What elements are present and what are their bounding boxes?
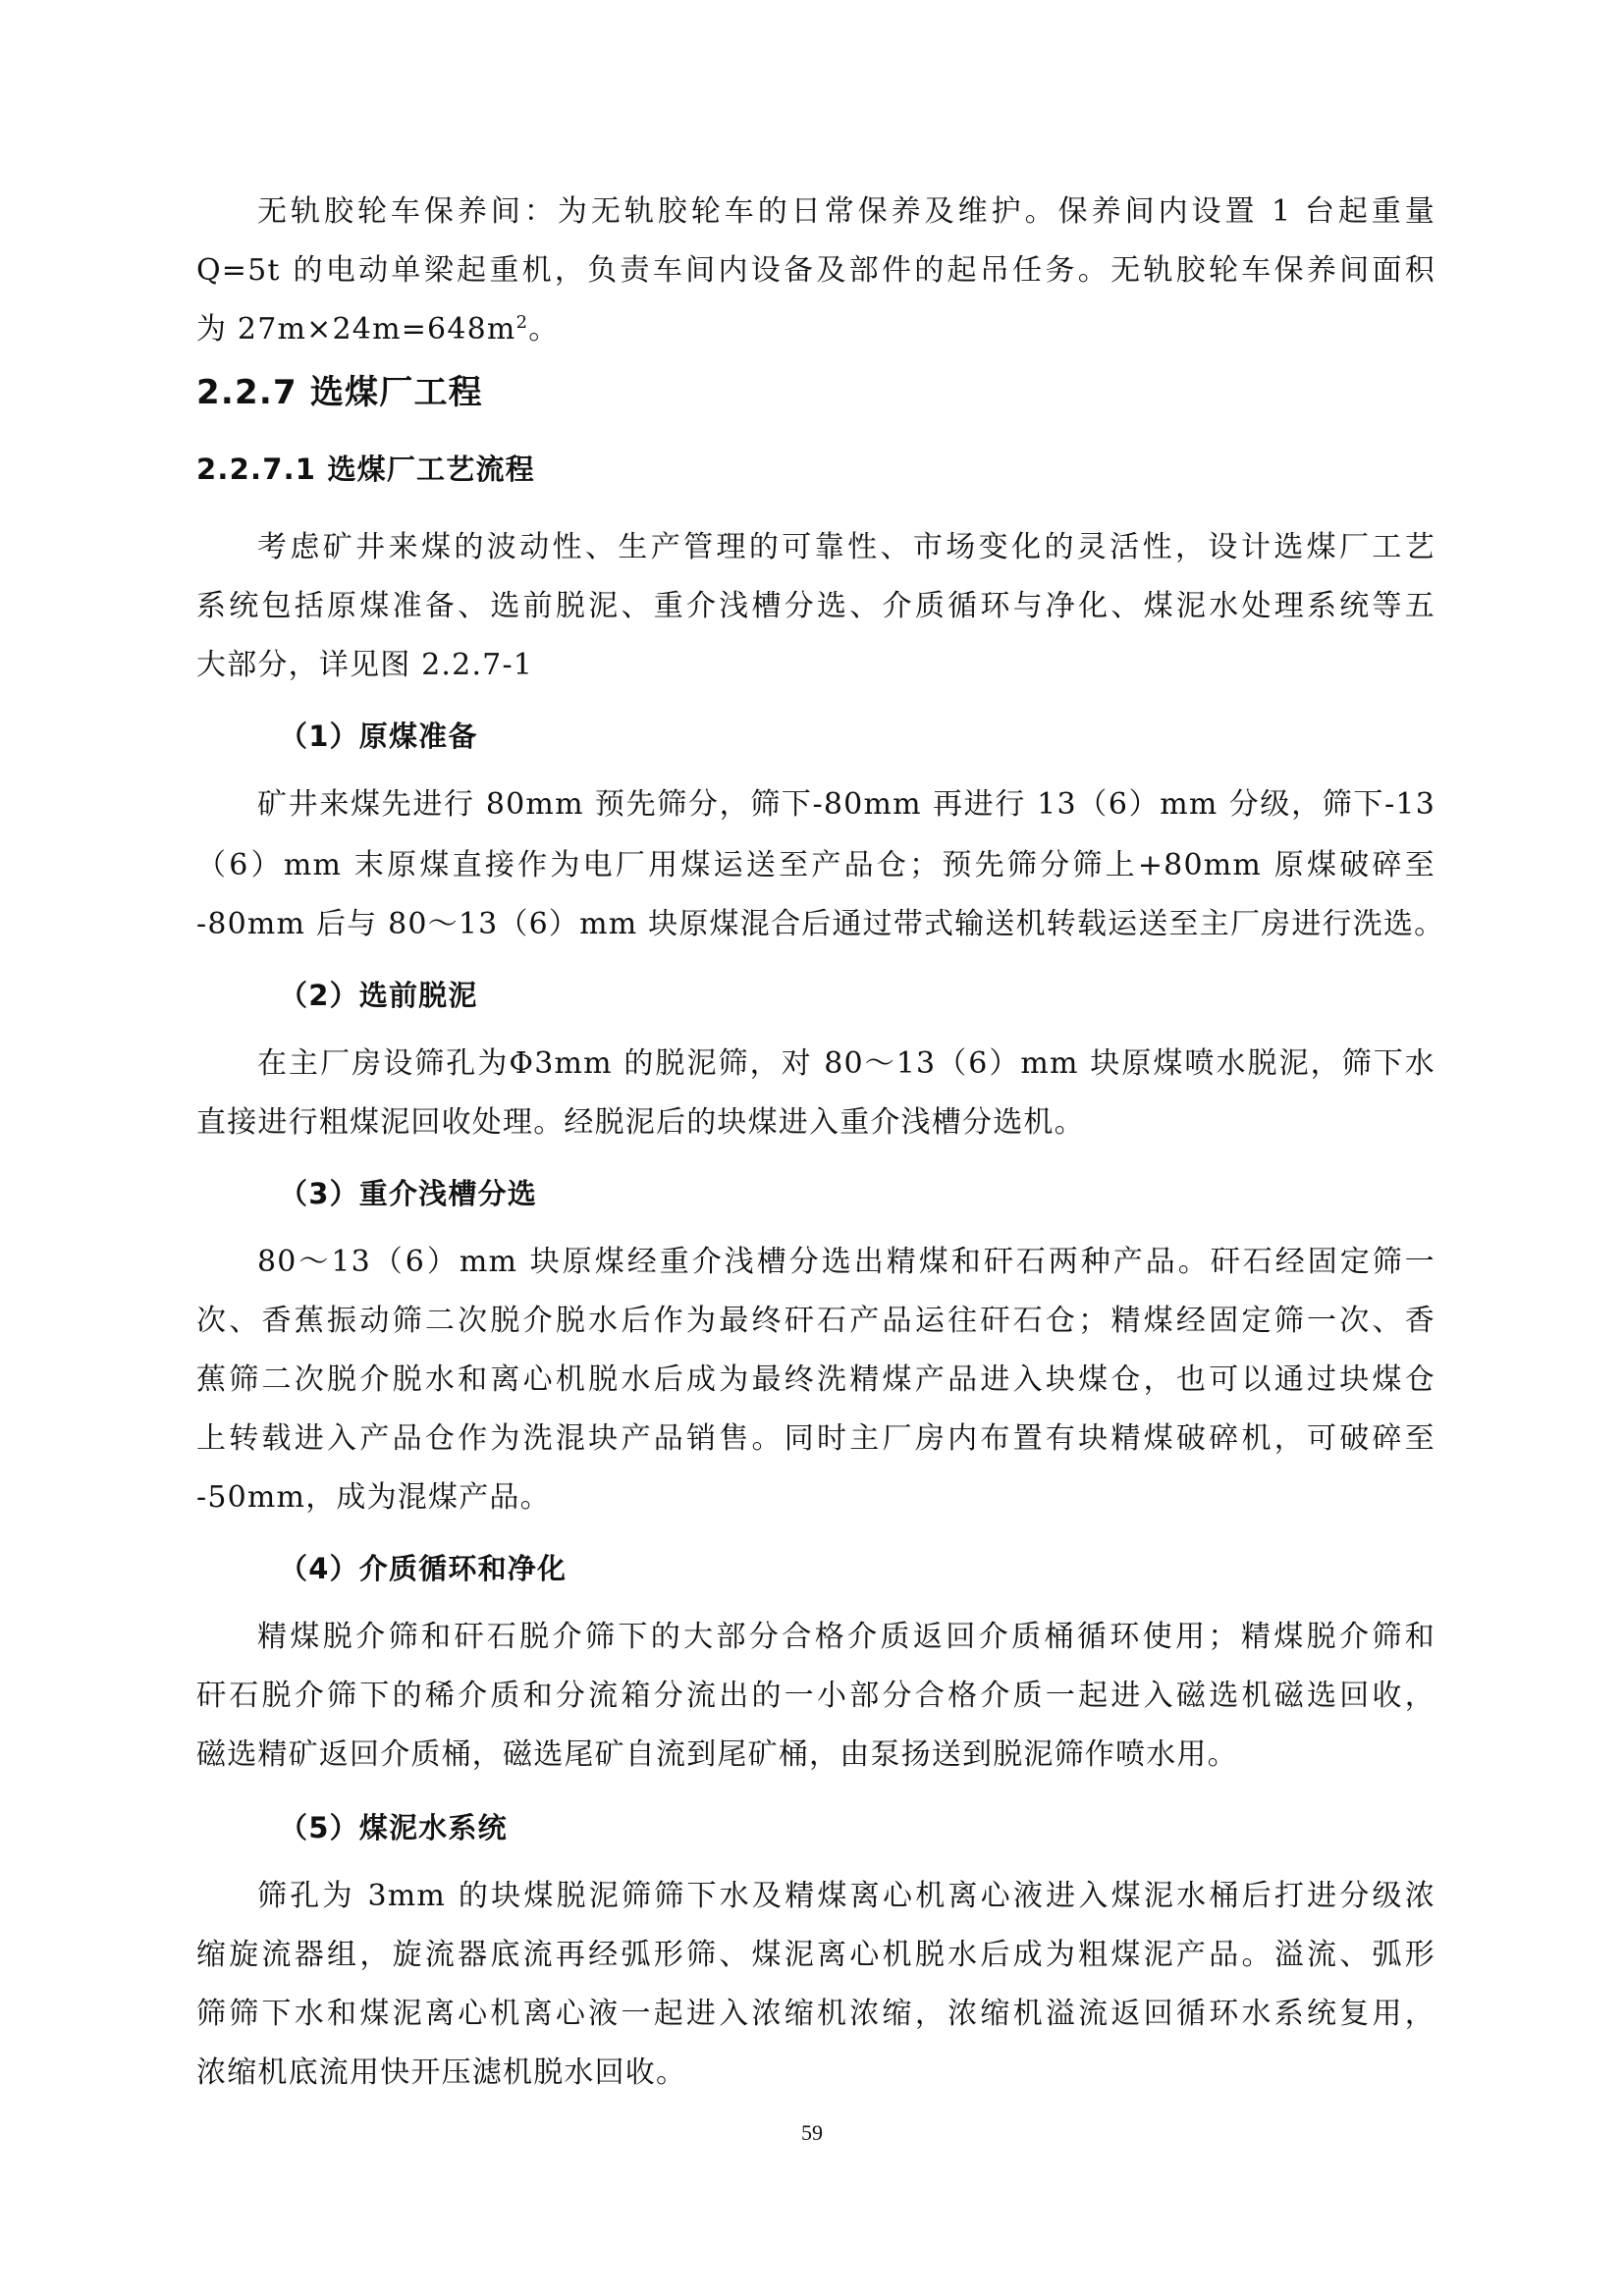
paragraph-line: 精煤脱介筛和矸石脱介筛下的大部分合格介质返回介质桶循环使用；精煤脱介筛和	[257, 1618, 1435, 1657]
item-heading-3: （3）重介浅槽分选	[279, 1174, 537, 1213]
paragraph-line: 在主厂房设筛孔为Φ3mm 的脱泥筛，对 80～13（6）mm 块原煤喷水脱泥，筛…	[257, 1044, 1435, 1084]
superscript: 2	[516, 312, 529, 333]
paragraph-line: 上转载进入产品仓作为洗混块产品销售。同时主厂房内布置有块精煤破碎机，可破碎至	[196, 1419, 1435, 1459]
paragraph-line: Q=5t 的电动单梁起重机，负责车间内设备及部件的起吊任务。无轨胶轮车保养间面积	[196, 251, 1435, 291]
paragraph-line: 系统包括原煤准备、选前脱泥、重介浅槽分选、介质循环与净化、煤泥水处理系统等五	[196, 587, 1435, 626]
paragraph-line: 次、香蕉振动筛二次脱介脱水后作为最终矸石产品运往矸石仓；精煤经固定筛一次、香	[196, 1302, 1435, 1341]
paragraph-line: 筛筛下水和煤泥离心机离心液一起进入浓缩机浓缩，浓缩机溢流返回循环水系统复用，	[196, 1995, 1435, 2034]
paragraph-line: 蕉筛二次脱介脱水和离心机脱水后成为最终洗精煤产品进入块煤仓，也可以通过块煤仓	[196, 1361, 1435, 1400]
period: 。	[528, 312, 559, 347]
page-number: 59	[0, 2120, 1624, 2146]
paragraph-line: （6）mm 末原煤直接作为电厂用煤运送至产品仓；预先筛分筛上+80mm 原煤破碎…	[196, 846, 1435, 885]
paragraph-line: 浓缩机底流用快开压滤机脱水回收。	[196, 2054, 686, 2093]
paragraph-line: 磁选精矿返回介质桶，磁选尾矿自流到尾矿桶，由泵扬送到脱泥筛作喷水用。	[196, 1735, 1238, 1775]
item-heading-2: （2）选前脱泥	[279, 976, 478, 1015]
paragraph-line: 无轨胶轮车保养间：为无轨胶轮车的日常保养及维护。保养间内设置 1 台起重量	[257, 192, 1435, 232]
subsection-heading: 2.2.7.1 选煤厂工艺流程	[196, 450, 535, 489]
paragraph-line: 考虑矿井来煤的波动性、生产管理的可靠性、市场变化的灵活性，设计选煤厂工艺	[257, 528, 1435, 567]
paragraph-line: 直接进行粗煤泥回收处理。经脱泥后的块煤进入重介浅槽分选机。	[196, 1103, 1085, 1143]
paragraph-line: 缩旋流器组，旋流器底流再经弧形筛、煤泥离心机脱水后成为粗煤泥产品。溢流、弧形	[196, 1936, 1435, 1975]
paragraph-line: -80mm 后与 80～13（6）mm 块原煤混合后通过带式输送机转载运送至主厂…	[196, 905, 1435, 944]
item-heading-5: （5）煤泥水系统	[279, 1808, 508, 1847]
paragraph-line: 矸石脱介筛下的稀介质和分流箱分流出的一小部分合格介质一起进入磁选机磁选回收，	[196, 1677, 1435, 1716]
paragraph-line: 矿井来煤先进行 80mm 预先筛分，筛下-80mm 再进行 13（6）mm 分级…	[257, 785, 1435, 825]
section-heading: 2.2.7 选煤厂工程	[196, 371, 483, 414]
paragraph-line-last: 为 27m×24m=648m2。	[196, 310, 559, 349]
area-text: 为 27m×24m=648m	[196, 312, 516, 347]
item-heading-1: （1）原煤准备	[279, 717, 478, 756]
item-heading-4: （4）介质循环和净化	[279, 1549, 567, 1588]
paragraph-line: 筛孔为 3mm 的块煤脱泥筛筛下水及精煤离心机离心液进入煤泥水桶后打进分级浓	[257, 1877, 1435, 1916]
paragraph-line: 大部分，详见图 2.2.7-1	[196, 646, 533, 685]
paragraph-line: 80～13（6）mm 块原煤经重介浅槽分选出精煤和矸石两种产品。矸石经固定筛一	[257, 1243, 1435, 1282]
paragraph-line: -50mm，成为混煤产品。	[196, 1478, 551, 1518]
